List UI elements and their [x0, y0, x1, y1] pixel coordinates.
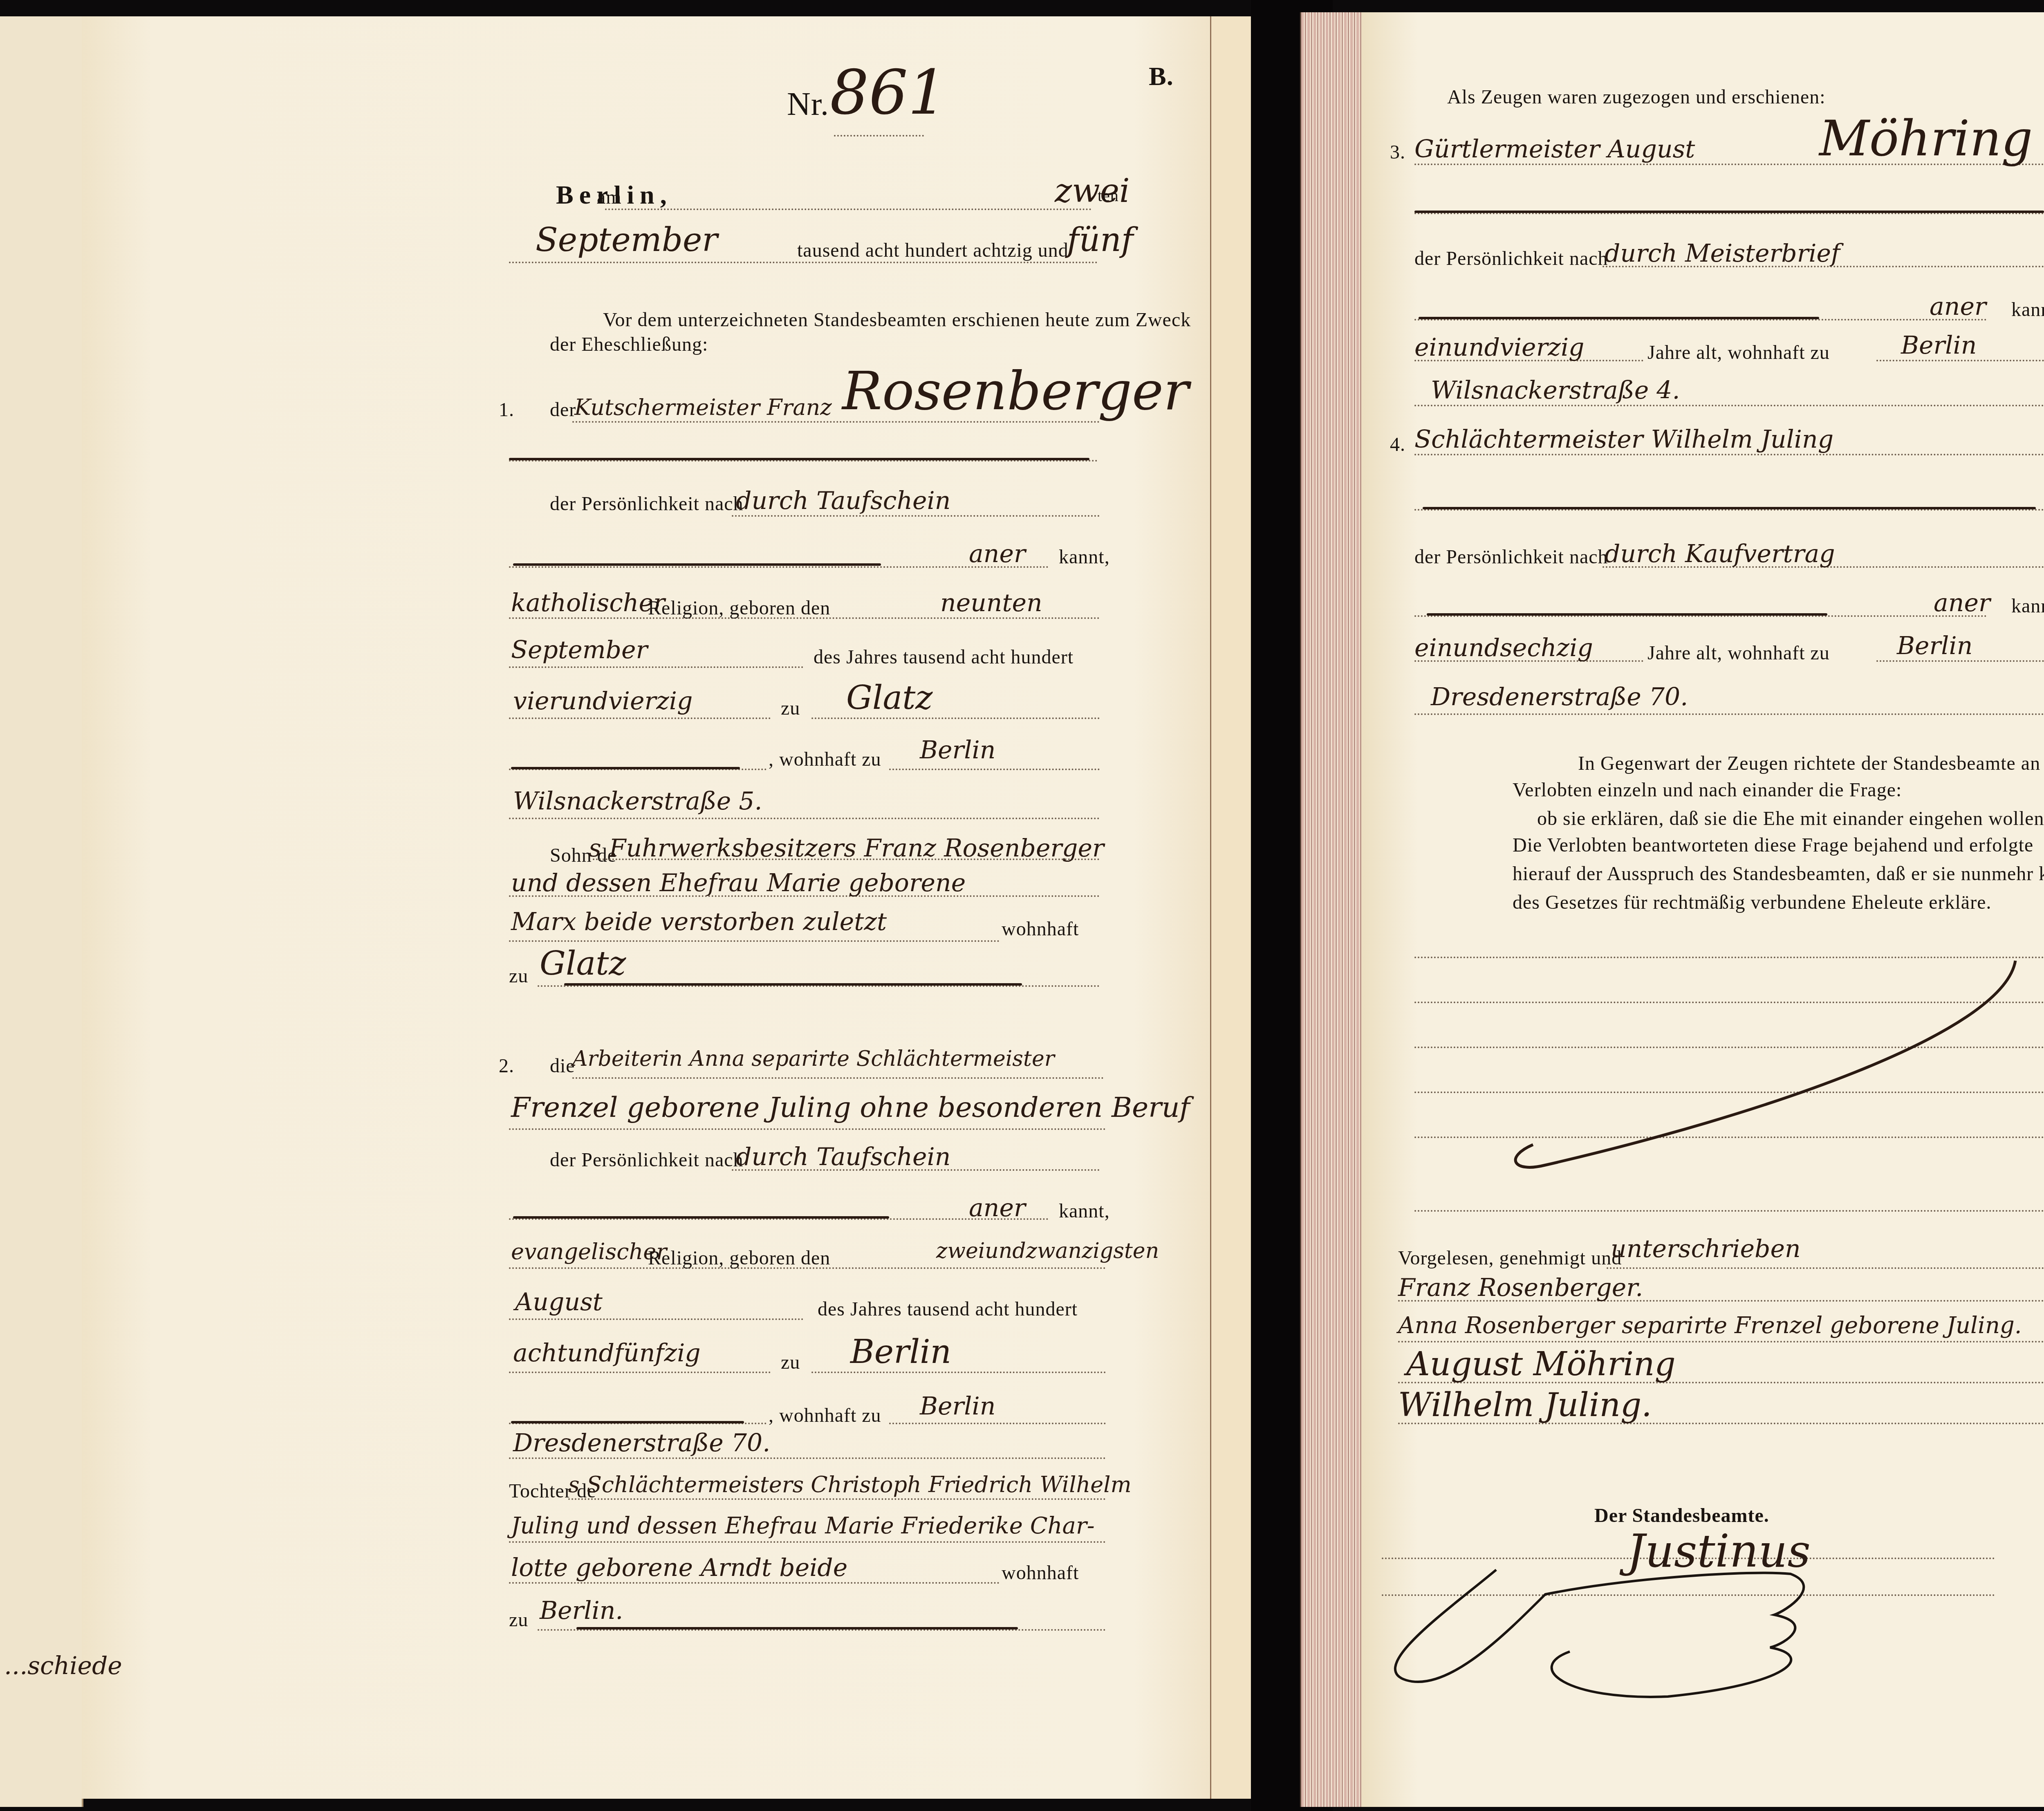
witness4-known-label: kannt,	[2011, 595, 2044, 617]
party2-parents-residence: Berlin.	[540, 1596, 623, 1625]
party1-religion-label: Religion, geboren den	[648, 597, 830, 619]
witness3-identity-value: durch Meisterbrief	[1605, 239, 1840, 268]
witness4-residence-street: Dresdenerstraße 70.	[1431, 683, 1688, 711]
party1-parents-residence-prefix: zu	[509, 965, 528, 987]
party1-identity-value: durch Taufschein	[736, 486, 950, 515]
party2-number: 2.	[499, 1055, 514, 1077]
party1-birth-place: Glatz	[846, 679, 932, 717]
signature-4: Wilhelm Juling.	[1398, 1386, 1652, 1424]
party1-parents-residence: Glatz	[540, 944, 626, 982]
ceremony-line-4: Die Verlobten beantworteten diese Frage …	[1513, 834, 2033, 856]
party1-religion-value: katholischer	[511, 589, 665, 617]
party2-birth-month: August	[515, 1288, 603, 1316]
date-month: September	[536, 221, 718, 259]
witness4-age: einundsechzig	[1414, 634, 1593, 662]
party1-known-value: aner	[969, 540, 1026, 568]
witness4-number: 4.	[1390, 433, 1405, 456]
ceremony-line-6: des Gesetzes für rechtmäßig verbundene E…	[1513, 891, 1991, 914]
witness4-age-label: Jahre alt, wohnhaft zu	[1647, 642, 1830, 664]
party2-known-value: aner	[969, 1194, 1026, 1222]
party1-residence-label: , wohnhaft zu	[769, 748, 881, 771]
witness3-age-label: Jahre alt, wohnhaft zu	[1647, 341, 1830, 364]
witnesses-heading: Als Zeugen waren zugezogen und erschiene…	[1447, 86, 1826, 108]
witness4-known-value: aner	[1934, 589, 1990, 617]
margin-note: ...schiede	[4, 1652, 122, 1680]
register-number: 861	[830, 57, 947, 128]
party2-residence-city: Berlin	[920, 1392, 995, 1421]
party2-article: die	[550, 1055, 575, 1077]
approval-value: unterschrieben	[1611, 1235, 1801, 1263]
date-prefix: am	[597, 186, 622, 208]
ceremony-line-3: ob sie erklären, daß sie die Ehe mit ein…	[1537, 807, 2044, 830]
intro-line2: der Eheschließung:	[550, 333, 708, 356]
witness4-identity-value: durch Kaufvertrag	[1605, 540, 1835, 568]
witness3-occupation-name: Gürtlermeister August	[1414, 135, 1695, 164]
witness3-residence-street: Wilsnackerstraße 4.	[1431, 376, 1680, 405]
party2-birth-place: Berlin	[850, 1333, 951, 1371]
party2-identity-label: der Persönlichkeit nach	[550, 1149, 744, 1171]
registrar-label: Der Standesbeamte.	[1594, 1504, 1769, 1527]
party2-birth-place-label: zu	[781, 1351, 800, 1374]
witness3-number: 3.	[1390, 141, 1405, 164]
witness4-residence-city: Berlin	[1897, 632, 1972, 660]
party2-birth-year-label: des Jahres tausend acht hundert	[818, 1298, 1078, 1320]
witness4-occupation-name: Schlächtermeister Wilhelm Juling	[1414, 425, 1833, 454]
signature-2: Anna Rosenberger separirte Frenzel gebor…	[1398, 1312, 2022, 1339]
witness3-residence-city: Berlin	[1901, 331, 1977, 360]
ceremony-line-1: In Gegenwart der Zeugen richtete der Sta…	[1578, 752, 2044, 775]
party2-birth-year: achtundfünfzig	[513, 1339, 701, 1367]
party2-residence-street: Dresdenerstraße 70.	[513, 1429, 770, 1457]
date-year-written: fünf	[1067, 221, 1133, 259]
page-stack-edges	[1300, 12, 1363, 1807]
party1-parents-line3: Marx beide verstorben zuletzt	[511, 908, 887, 936]
intro-line1: Vor dem unterzeichneten Standesbeamten e…	[603, 309, 1191, 331]
party2-surname-line: Frenzel geborene Juling ohne besonderen …	[511, 1092, 1190, 1124]
party2-parents-line2: Juling und dessen Ehefrau Marie Friederi…	[511, 1513, 1095, 1539]
party2-residence-label: , wohnhaft zu	[769, 1404, 881, 1427]
party1-surname: Rosenberger	[842, 360, 1189, 422]
signature-1: Franz Rosenberger.	[1398, 1273, 1643, 1302]
party1-birth-year-label: des Jahres tausend acht hundert	[814, 646, 1074, 668]
party1-occupation-name: Kutschermeister Franz	[574, 394, 832, 420]
previous-page-stub	[0, 16, 83, 1807]
witness3-known-value: aner	[1930, 292, 1986, 321]
party2-parents-residence-prefix: zu	[509, 1609, 528, 1631]
party2-birth-day: zweiundzwanzigsten	[936, 1239, 1159, 1263]
party1-birth-year: vierundvierzig	[513, 687, 693, 715]
witness3-known-label: kannt,	[2011, 298, 2044, 321]
party1-article: der	[550, 399, 576, 421]
ceremony-line-5: hierauf der Ausspruch des Standesbeamten…	[1513, 863, 2044, 885]
party1-identity-label: der Persönlichkeit nach	[550, 493, 744, 515]
register-number-label: Nr.	[787, 86, 829, 123]
party2-occupation-name: Arbeiterin Anna separirte Schlächtermeis…	[572, 1047, 1055, 1071]
party1-birth-month: September	[511, 636, 648, 664]
party1-birth-day: neunten	[940, 589, 1042, 617]
date-year-printed: tausend acht hundert achtzig und	[797, 239, 1069, 262]
party1-parents-line1: s Fuhrwerksbesitzers Franz Rosenberger	[589, 834, 1104, 863]
witness3-surname: Möhring	[1819, 110, 2033, 167]
ceremony-line-2: Verlobten einzeln und nach einander die …	[1513, 779, 1902, 801]
party1-birth-place-label: zu	[781, 697, 800, 719]
party2-parents-line1: s Schlächtermeisters Christoph Friedrich…	[568, 1472, 1132, 1497]
witness3-identity-label: der Persönlichkeit nach	[1414, 247, 1608, 270]
cancel-stroke	[1472, 953, 2044, 1181]
left-page-edge	[1210, 16, 1253, 1799]
section-letter: B.	[1149, 61, 1174, 92]
witness3-age: einundvierzig	[1414, 333, 1585, 362]
party2-religion-value: evangelischer	[511, 1239, 667, 1264]
party2-parents-residence-label: wohnhaft	[1002, 1562, 1079, 1584]
signature-flourish	[1382, 1562, 1872, 1701]
party1-residence-street: Wilsnackerstraße 5.	[513, 787, 762, 816]
party2-religion-label: Religion, geboren den	[648, 1247, 830, 1269]
date-day-suffix: ten	[1098, 186, 1119, 205]
party2-identity-value: durch Taufschein	[736, 1143, 950, 1171]
witness4-identity-label: der Persönlichkeit nach	[1414, 546, 1608, 568]
party1-known-label: kannt,	[1059, 546, 1110, 568]
party1-number: 1.	[499, 399, 514, 421]
party1-parents-line2: und dessen Ehefrau Marie geborene	[511, 869, 966, 897]
signature-3: August Möhring	[1406, 1345, 1676, 1383]
approval-label: Vorgelesen, genehmigt und	[1398, 1247, 1622, 1269]
party2-parents-line3: lotte geborene Arndt beide	[511, 1553, 847, 1582]
party1-parents-residence-label: wohnhaft	[1002, 918, 1079, 940]
party1-residence-city: Berlin	[920, 736, 995, 764]
party2-known-label: kannt,	[1059, 1200, 1110, 1222]
